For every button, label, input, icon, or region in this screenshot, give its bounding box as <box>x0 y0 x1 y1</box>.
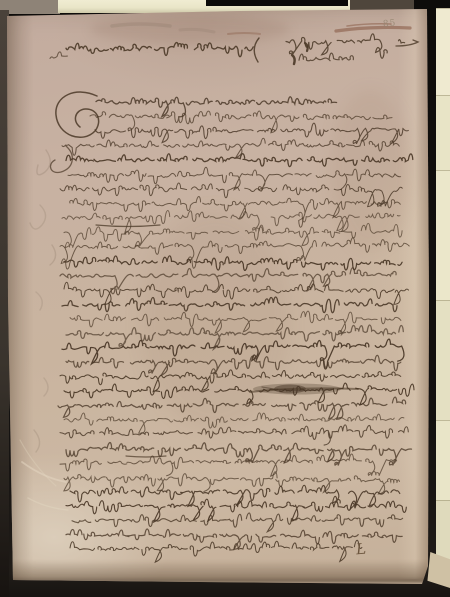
scanner-edge-top-left <box>0 0 60 14</box>
page-edge-segment <box>436 300 450 420</box>
page-edge-segment <box>436 8 450 95</box>
page-bottom-curl <box>8 560 428 584</box>
corner-mark-L: L <box>355 540 366 559</box>
folio-number: 85 <box>383 18 397 29</box>
scanner-shadow-notch <box>206 0 348 6</box>
paper-stain <box>90 14 290 44</box>
paper-stain <box>140 210 290 430</box>
underlying-pages-right-edge <box>436 8 450 572</box>
manuscript-page <box>0 0 450 597</box>
page-gutter-shadow <box>7 14 33 582</box>
page-right-edge-highlight <box>398 9 429 579</box>
paper-stain <box>330 90 410 250</box>
scanned-manuscript: 85 L <box>0 0 450 597</box>
page-edge-segment <box>436 420 450 500</box>
page-edge-segment <box>436 95 450 170</box>
page-edge-segment <box>436 170 450 300</box>
